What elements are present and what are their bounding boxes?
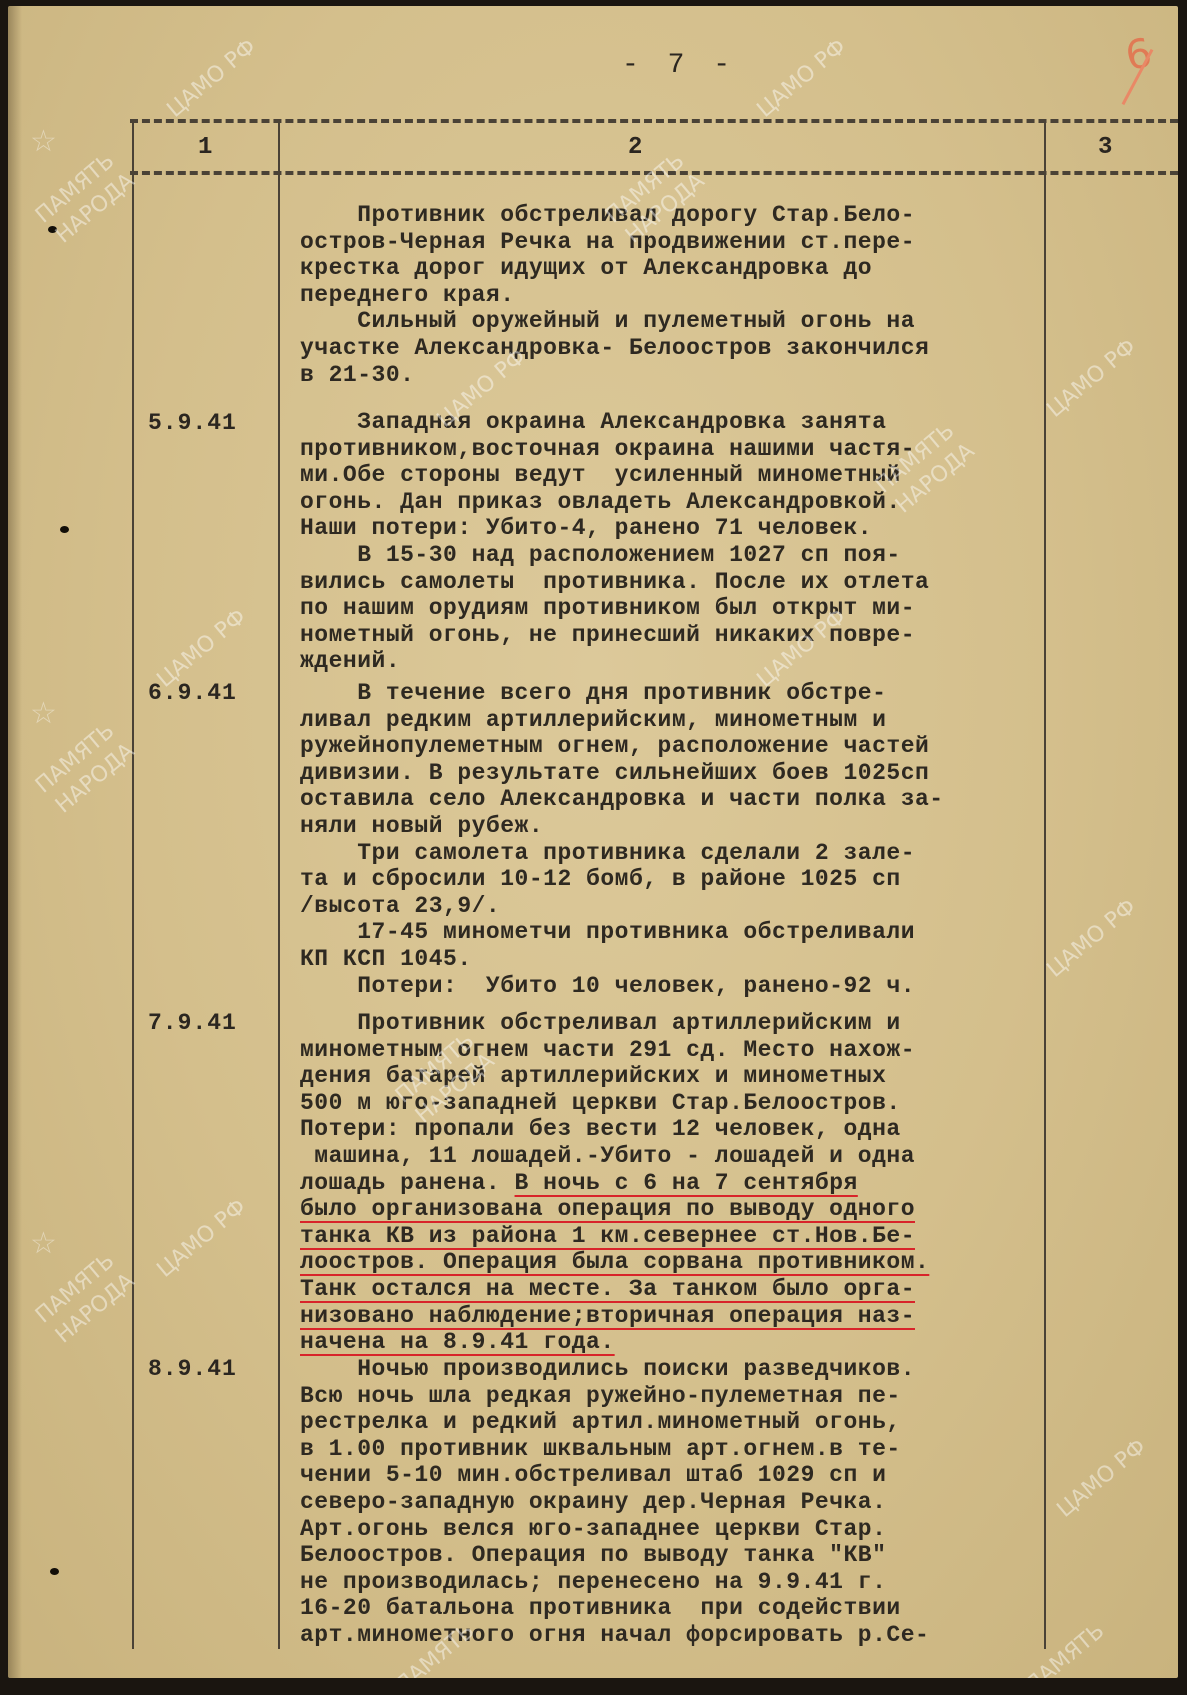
typed-line: вились самолеты противника. После их отл… (300, 569, 1030, 596)
typed-line: Потери: Убито 10 человек, ранено-92 ч. (300, 973, 1030, 1000)
archive-watermark: ЦАМО РФ (1043, 894, 1142, 982)
typed-line: противником,восточная окраина нашими час… (300, 436, 1030, 463)
typed-line: низовано наблюдение;вторичная операция н… (300, 1303, 1030, 1330)
typed-line: лошадь ранена. В ночь с 6 на 7 сентября (300, 1170, 1030, 1197)
typed-line: Танк остался на месте. За танком было ор… (300, 1276, 1030, 1303)
typed-line: ми.Обе стороны ведут усиленный минометны… (300, 462, 1030, 489)
typed-line: в 21-30. (300, 362, 1030, 389)
project-watermark: ПАМЯТЬ (1021, 1619, 1109, 1678)
typed-line: арт.минометного огня начал форсировать р… (300, 1622, 1030, 1649)
column-header-1: 1 (198, 134, 212, 161)
page-number: - 7 - (622, 50, 736, 81)
typed-line: ждений. (300, 648, 1030, 675)
typed-line: Белоостров. Операция по выводу танка "КВ… (300, 1542, 1030, 1569)
column-header-3: 3 (1098, 134, 1112, 161)
typed-line: та и сбросили 10-12 бомб, в районе 1025 … (300, 866, 1030, 893)
project-watermark: ПАМЯТЬ (31, 149, 119, 229)
column-divider-2 (1044, 119, 1046, 1649)
typed-line: Западная окраина Александровка занята (300, 409, 1030, 436)
typed-line: Арт.огонь велся юго-западнее церкви Стар… (300, 1516, 1030, 1543)
star-icon: ☆ (30, 1226, 57, 1261)
archive-watermark: ЦАМО РФ (1053, 1434, 1152, 1522)
punch-hole (60, 526, 69, 533)
punch-hole (50, 1568, 59, 1575)
typed-line: Наши потери: Убито-4, ранено 71 человек. (300, 515, 1030, 542)
entry-text-1: Западная окраина Александровка занятапро… (300, 409, 1030, 675)
project-watermark: ПАМЯТЬ (31, 1249, 119, 1329)
typed-line: ружейнопулеметным огнем, расположение ча… (300, 733, 1030, 760)
typed-line: Потери: пропали без вести 12 человек, од… (300, 1116, 1030, 1143)
table-header-rule (130, 171, 1178, 175)
typed-line: не производилась; перенесено на 9.9.41 г… (300, 1569, 1030, 1596)
typed-line: нометный огонь, не принесший никаких пов… (300, 622, 1030, 649)
typed-line: дения батарей артиллерийских и минометны… (300, 1063, 1030, 1090)
entry-date-3: 7.9.41 (148, 1010, 237, 1036)
project-watermark: НАРОДА (51, 169, 139, 249)
typed-line: КП КСП 1045. (300, 946, 1030, 973)
typed-line: огонь. Дан приказ овладеть Александровко… (300, 489, 1030, 516)
typed-line: машина, 11 лошадей.-Убито - лошадей и од… (300, 1143, 1030, 1170)
project-watermark: ПАМЯТЬ (31, 719, 119, 799)
typed-line: в 1.00 противник шквальным арт.огнем.в т… (300, 1436, 1030, 1463)
typed-line: переднего края. (300, 282, 1030, 309)
entry-text-2: В течение всего дня противник обстре-лив… (300, 680, 1030, 999)
star-icon: ☆ (30, 124, 57, 159)
typed-line: В течение всего дня противник обстре- (300, 680, 1030, 707)
column-divider-1 (278, 119, 280, 1649)
typed-line: 17-45 минометчи противника обстреливали (300, 919, 1030, 946)
entry-text-3: Противник обстреливал артиллерийским ими… (300, 1010, 1030, 1356)
archive-watermark: ЦАМО РФ (753, 34, 852, 122)
typed-line: ливал редким артиллерийским, минометным … (300, 707, 1030, 734)
typed-line: Противник обстреливал дорогу Стар.Бело- (300, 202, 1030, 229)
red-underlined-text: Танк остался на месте. За танком было ор… (300, 1276, 915, 1302)
column-header-2: 2 (628, 134, 642, 161)
red-underlined-text: начена на 8.9.41 года. (300, 1329, 615, 1355)
typed-line: няли новый рубеж. (300, 813, 1030, 840)
typed-line: Противник обстреливал артиллерийским и (300, 1010, 1030, 1037)
typed-line: по нашим орудиям противником был открыт … (300, 595, 1030, 622)
typed-line: минометным огнем части 291 сд. Место нах… (300, 1037, 1030, 1064)
project-watermark: НАРОДА (51, 1269, 139, 1349)
typed-line: Сильный оружейный и пулеметный огонь на (300, 308, 1030, 335)
typed-line: начена на 8.9.41 года. (300, 1329, 1030, 1356)
typed-line: чении 5-10 мин.обстреливал штаб 1029 сп … (300, 1462, 1030, 1489)
typed-line: участке Александровка- Белоостров законч… (300, 335, 1030, 362)
typed-line: северо-западную окраину дер.Черная Речка… (300, 1489, 1030, 1516)
archive-watermark: ЦАМО РФ (1043, 334, 1142, 422)
entry-date-1: 5.9.41 (148, 410, 237, 436)
entry-date-4: 8.9.41 (148, 1356, 237, 1382)
typed-line: 16-20 батальона противника при содействи… (300, 1595, 1030, 1622)
typed-line: лоостров. Операция была сорвана противни… (300, 1249, 1030, 1276)
red-underlined-text: В ночь с 6 на 7 сентября (515, 1170, 858, 1196)
document-page: - 7 - 6 1 2 3 Противник обстреливал доро… (8, 6, 1178, 1678)
typed-line: дивизии. В результате сильнейших боев 10… (300, 760, 1030, 787)
typed-line: остров-Черная Речка на продвижении ст.пе… (300, 229, 1030, 256)
typed-line: Три самолета противника сделали 2 зале- (300, 840, 1030, 867)
star-icon: ☆ (30, 696, 57, 731)
project-watermark: НАРОДА (51, 739, 139, 819)
red-underlined-text: было организована операция по выводу одн… (300, 1196, 915, 1222)
entry-text-0: Противник обстреливал дорогу Стар.Бело-о… (300, 202, 1030, 388)
red-underlined-text: танка КВ из района 1 км.севернее ст.Нов.… (300, 1223, 915, 1249)
table-left-border (132, 119, 134, 1649)
typed-line: танка КВ из района 1 км.севернее ст.Нов.… (300, 1223, 1030, 1250)
typed-line: рестрелка и редкий артил.минометный огон… (300, 1409, 1030, 1436)
typed-line: крестка дорог идущих от Александровка до (300, 255, 1030, 282)
entry-text-4: Ночью производились поиски разведчиков.В… (300, 1356, 1030, 1649)
archive-watermark: ЦАМО РФ (153, 1194, 252, 1282)
archive-watermark: ЦАМО РФ (163, 34, 262, 122)
typed-line: Ночью производились поиски разведчиков. (300, 1356, 1030, 1383)
typed-line: В 15-30 над расположением 1027 сп поя- (300, 542, 1030, 569)
typed-line: Всю ночь шла редкая ружейно-пулеметная п… (300, 1383, 1030, 1410)
punch-hole (48, 226, 57, 233)
typed-line: 500 м юго-западней церкви Стар.Белоостро… (300, 1090, 1030, 1117)
entry-date-2: 6.9.41 (148, 680, 237, 706)
red-underlined-text: низовано наблюдение;вторичная операция н… (300, 1303, 915, 1329)
red-underlined-text: лоостров. Операция была сорвана противни… (300, 1249, 929, 1275)
typed-line: оставила село Александровка и части полк… (300, 786, 1030, 813)
typed-line: /высота 23,9/. (300, 893, 1030, 920)
table-top-rule (130, 119, 1178, 123)
typed-line: было организована операция по выводу одн… (300, 1196, 1030, 1223)
